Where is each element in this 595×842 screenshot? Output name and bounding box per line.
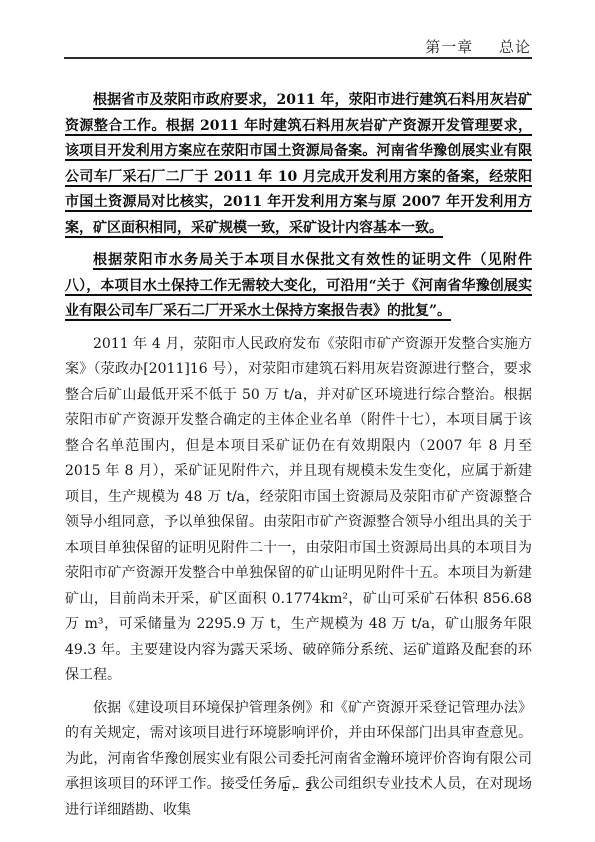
body-paragraph: 依据《建设项目环境保护管理条例》和《矿产资源开采登记管理办法》的有关规定，需对该…	[65, 696, 532, 824]
body-paragraph: 根据荥阳市水务局关于本项目水保批文有效性的证明文件（见附件八），本项目水土保持工…	[65, 248, 532, 325]
body-content: 根据省市及荥阳市政府要求，2011 年，荥阳市进行建筑石料用灰岩矿资源整合工作。…	[65, 88, 532, 830]
body-paragraph: 根据省市及荥阳市政府要求，2011 年，荥阳市进行建筑石料用灰岩矿资源整合工作。…	[65, 88, 532, 241]
document-page: 第一章 总论 根据省市及荥阳市政府要求，2011 年，荥阳市进行建筑石料用灰岩矿…	[0, 0, 595, 842]
page-number: 1 - 2	[0, 780, 595, 794]
header-rule	[64, 57, 532, 59]
running-header: 第一章 总论	[65, 36, 531, 57]
chapter-number: 第一章	[425, 36, 473, 57]
body-paragraph: 2011 年 4 月，荥阳市人民政府发布《荥阳市矿产资源开发整合实施方案》（荥政…	[65, 332, 532, 689]
chapter-title: 总论	[499, 36, 531, 57]
